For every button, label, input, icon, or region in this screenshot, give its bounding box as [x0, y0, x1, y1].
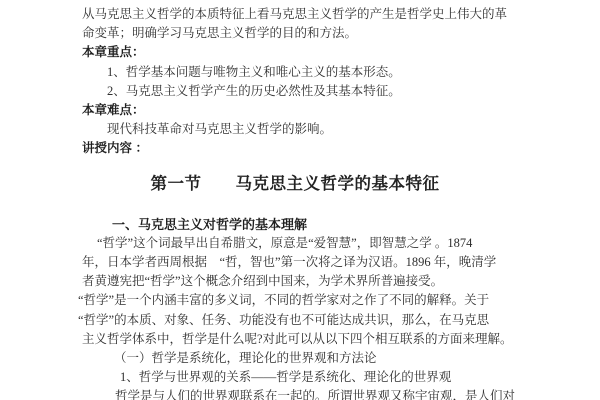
sub-item-title: 1、哲学与世界观的关系——哲学是系统化、理论化的世界观 [82, 368, 508, 387]
text-line: 现代科技革命对马克思主义哲学的影响。 [82, 120, 508, 139]
heading-difficult-points: 本章难点： [82, 101, 508, 120]
document-page: 从马克思主义哲学的本质特征上看马克思主义哲学的产生是哲学史上伟大的革 命变革；明… [0, 0, 600, 400]
list-item: 1、哲学基本问题与唯物主义和唯心主义的基本形态。 [82, 63, 508, 82]
heading-key-points: 本章重点： [82, 43, 508, 62]
section-title: 第一节 马克思主义哲学的基本特征 [82, 171, 508, 197]
text-line: “哲学”是一个内涵丰富的多义词，不同的哲学家对之作了不同的解释。关于 [78, 291, 508, 310]
list-item: 2、马克思主义哲学产生的历史必然性及其基本特征。 [82, 82, 508, 101]
text-line: 者黄遵宪把“哲学”这个概念介绍到中国来，为学术界所普遍接受。 [82, 272, 508, 291]
text-line: “哲学”这个词最早出自希腊文，原意是“爱智慧”，即智慧之学 。1874 [82, 234, 508, 253]
text-line: 哲学是与人们的世界观联系在一起的。所谓世界观又称宇宙观，是人们对 [82, 387, 508, 400]
text-line: 年，日本学者西周根据 “哲，智也”第一次将之译为汉语。1896 年，晚清学 [82, 253, 508, 272]
text-line: 主义哲学体系中，哲学是什么呢?对此可以从以下四个相互联系的方面来理解。 [82, 330, 508, 349]
heading-teaching-content: 讲授内容 ： [82, 139, 508, 158]
subsection-title: 一、马克思主义对哲学的基本理解 [82, 215, 508, 234]
sub-item-title: （一）哲学是系统化，理论化的世界观和方法论 [82, 349, 508, 368]
text-block: 从马克思主义哲学的本质特征上看马克思主义哲学的产生是哲学史上伟大的革 命变革；明… [0, 0, 600, 400]
text-line: 命变革；明确学习马克思主义哲学的目的和方法。 [82, 24, 508, 43]
text-line: 从马克思主义哲学的本质特征上看马克思主义哲学的产生是哲学史上伟大的革 [82, 5, 508, 24]
text-line: “哲学”的本质、对象、任务、功能没有也不可能达成共识，那么，在马克思 [78, 311, 508, 330]
